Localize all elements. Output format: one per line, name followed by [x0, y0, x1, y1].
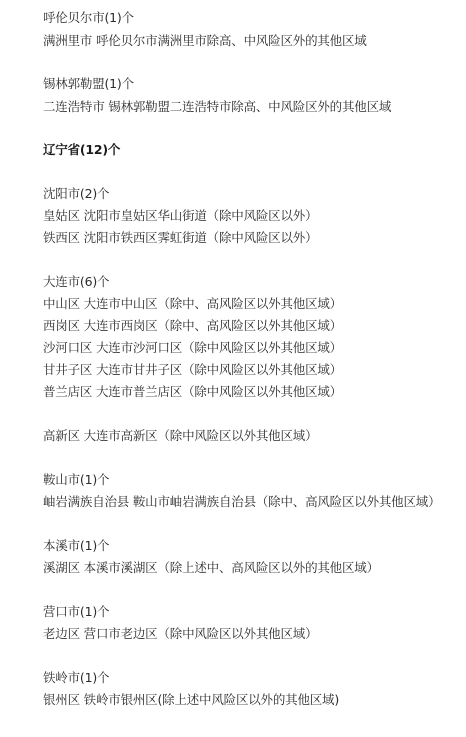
city-heading: 营口市(1)个: [43, 604, 109, 620]
area-entry: 老边区 营口市老边区（除中风险区以外其他区域）: [43, 626, 317, 642]
area-entry: 中山区 大连市中山区（除中、高风险区以外其他区域）: [43, 296, 342, 312]
area-entry: 甘井子区 大连市甘井子区（除中风险区以外其他区域）: [43, 362, 342, 378]
area-entry: 溪湖区 本溪市溪湖区（除上述中、高风险区以外的其他区域）: [43, 560, 379, 576]
area-entry: 高新区 大连市高新区（除中风险区以外其他区域）: [43, 428, 317, 444]
area-entry: 沙河口区 大连市沙河口区（除中风险区以外其他区域）: [43, 340, 342, 356]
city-heading: 锡林郭勒盟(1)个: [43, 76, 134, 92]
city-heading: 大连市(6)个: [43, 274, 109, 290]
area-entry: 皇姑区 沈阳市皇姑区华山街道（除中风险区以外）: [43, 208, 317, 224]
area-entry: 西岗区 大连市西岗区（除中、高风险区以外其他区域）: [43, 318, 342, 334]
city-heading: 本溪市(1)个: [43, 538, 109, 554]
province-heading: 辽宁省(12)个: [43, 142, 120, 158]
area-entry: 普兰店区 大连市普兰店区（除中风险区以外其他区域）: [43, 384, 342, 400]
area-entry: 岫岩满族自治县 鞍山市岫岩满族自治县（除中、高风险区以外其他区域）: [43, 494, 440, 510]
city-heading: 鞍山市(1)个: [43, 472, 109, 488]
area-entry: 铁西区 沈阳市铁西区霁虹街道（除中风险区以外）: [43, 230, 317, 246]
city-heading: 呼伦贝尔市(1)个: [43, 10, 134, 26]
city-heading: 铁岭市(1)个: [43, 670, 109, 686]
area-entry: 二连浩特市 锡林郭勒盟二连浩特市除高、中风险区外的其他区域: [43, 99, 391, 115]
document-page: 呼伦贝尔市(1)个满洲里市 呼伦贝尔市满洲里市除高、中风险区外的其他区域锡林郭勒…: [0, 0, 466, 737]
city-heading: 沈阳市(2)个: [43, 186, 109, 202]
area-entry: 银州区 铁岭市银州区(除上述中风险区以外的其他区域): [43, 692, 339, 708]
area-entry: 满洲里市 呼伦贝尔市满洲里市除高、中风险区外的其他区域: [43, 33, 367, 49]
